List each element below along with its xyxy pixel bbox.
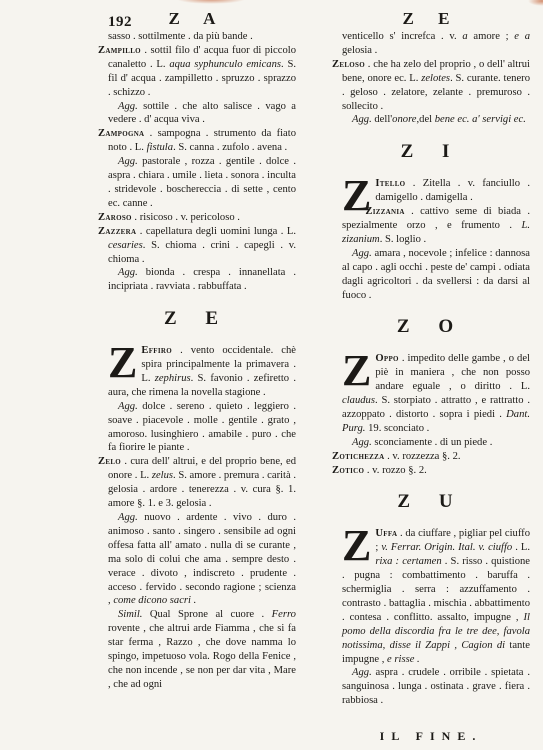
drop-cap: Z — [342, 354, 371, 388]
latin-term: zephirus — [155, 373, 191, 384]
left-column: Z A sasso . sottilmente . da più bande .… — [98, 0, 296, 692]
aggettivi-zazzera: Agg. bionda . crespa . innanellata . inc… — [98, 266, 296, 294]
headword: Effiro — [141, 345, 172, 356]
running-head-left: Z A — [98, 8, 296, 30]
entry-zotichezza: Zotichezza . v. rozzezza §. 2. — [332, 450, 530, 464]
aggettivi-zelo: Agg. nuovo . ardente . vivo . duro . ani… — [98, 511, 296, 608]
headword: Oppo — [375, 353, 398, 364]
latin-term: claudus — [342, 395, 375, 406]
drop-cap: Z — [342, 179, 371, 213]
headword: Uffa — [375, 528, 397, 539]
entry-continuation: venticello s' increfca . v. a amore ; e … — [332, 30, 530, 58]
section-heading-zi: Z I — [332, 145, 530, 159]
latin-term: rixa : certamen — [375, 556, 441, 567]
paper-stain — [528, 0, 543, 6]
headword: Zotichezza — [332, 451, 384, 462]
running-head-right: Z E — [332, 8, 530, 30]
similitudini-zelo: Simil. Qual Sprone al cuore . Ferro rove… — [98, 608, 296, 691]
end-mark: IL FINE. — [332, 730, 530, 744]
entry-zuffa: Z Uffa . da ciuffare , pigliar pel ciuff… — [332, 527, 530, 666]
section-heading-zu: Z U — [332, 495, 530, 509]
latin-term: zelus — [152, 470, 173, 481]
headword: Zeloso — [332, 59, 365, 70]
headword: Zazzera — [98, 226, 136, 237]
headword: Itello — [375, 178, 405, 189]
right-column: Z E venticello s' increfca . v. a amore … — [332, 0, 530, 744]
drop-cap: Z — [342, 529, 371, 563]
headword: Zampillo — [98, 45, 141, 56]
entry-continuation: sasso . sottilmente . da più bande . — [98, 30, 296, 44]
aggettivi-zeloso: Agg. dell'onore,del bene ec. a' servigi … — [332, 113, 530, 127]
aggettivi-zoppo: Agg. sconciamente . di un piede . — [332, 436, 530, 450]
entry-zelo: Zelo . cura dell' altrui, e del proprio … — [98, 455, 296, 511]
entry-zampogna: Zampogna . sampogna . strumento da fiato… — [98, 127, 296, 155]
entry-zoppo: Z Oppo . impedito delle gambe , o del pi… — [332, 352, 530, 435]
entry-zotico: Zotico . v. rozzo §. 2. — [332, 464, 530, 478]
headword: Zampogna — [98, 128, 144, 139]
latin-term: aqua syphunculo emicans — [169, 59, 281, 70]
entry-zitello: Z Itello . Zitella . v. fanciullo . dami… — [332, 177, 530, 205]
headword: Zotico — [332, 465, 364, 476]
latin-term: cesaries — [108, 240, 143, 251]
section-heading-zo: Z O — [332, 320, 530, 334]
entry-zampillo: Zampillo . sottil filo d' acqua fuor di … — [98, 44, 296, 100]
aggettivi-zampogna: Agg. pastorale , rozza . gentile . dolce… — [98, 155, 296, 211]
aggettivi-zampillo: Agg. sottile . che alto salisce . vago a… — [98, 100, 296, 128]
latin-term: zelotes — [421, 73, 450, 84]
entry-zaroso: Zaroso . risicoso . v. pericoloso . — [98, 211, 296, 225]
section-heading-ze: Z E — [98, 312, 296, 326]
entry-zazzera: Zazzera . capellatura degli uomini lunga… — [98, 225, 296, 267]
headword: Zaroso — [98, 212, 132, 223]
aggettivi-zizzania: Agg. amara , nocevole ; infelice : danno… — [332, 247, 530, 303]
entry-zeloso: Zeloso . che ha zelo del proprio , o del… — [332, 58, 530, 114]
headword: Zelo — [98, 456, 121, 467]
aggettivi-zeffiro: Agg. dolce . sereno . quieto . leggiero … — [98, 400, 296, 456]
latin-term: fistula — [147, 142, 174, 153]
drop-cap: Z — [108, 346, 137, 380]
aggettivi-zuffa: Agg. aspra . crudele . orribile . spieta… — [332, 666, 530, 708]
entry-zeffiro: Z Effiro . vento occidentale. chè spira … — [98, 344, 296, 400]
